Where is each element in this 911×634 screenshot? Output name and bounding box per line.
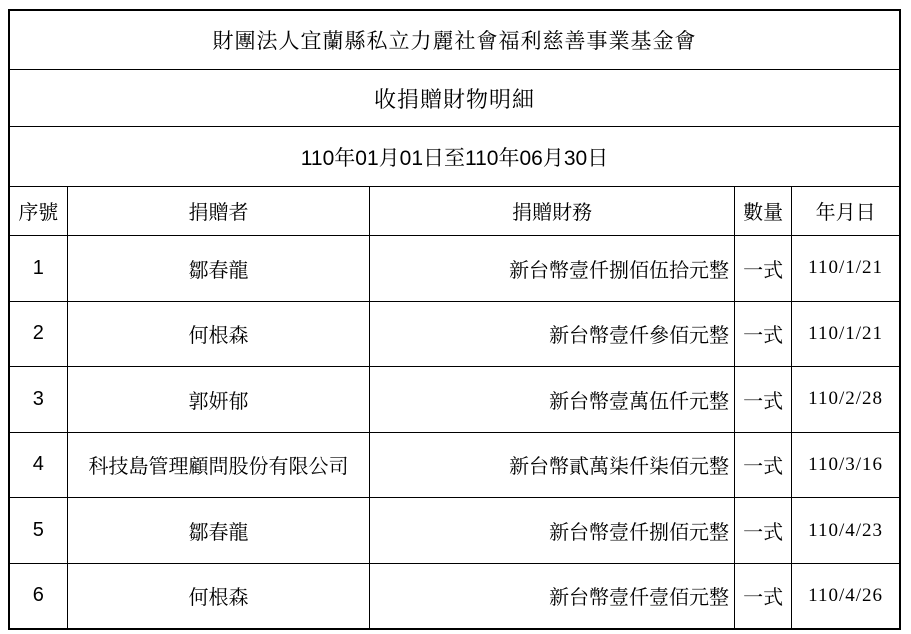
date-cell: 110/4/23 <box>792 498 900 564</box>
table-header-row: 序號 捐贈者 捐贈財務 數量 年月日 <box>9 186 900 235</box>
table-row: 4 科技島管理顧問股份有限公司 新台幣貳萬柒仟柒佰元整 一式 110/3/16 <box>9 432 900 498</box>
donor-cell: 何根森 <box>67 563 370 629</box>
item-cell: 新台幣貳萬柒仟柒佰元整 <box>370 432 735 498</box>
donation-table: 財團法人宜蘭縣私立力麗社會福利慈善事業基金會 收捐贈財物明細 110年01月01… <box>8 9 901 630</box>
table-row: 5 鄒春龍 新台幣壹仟捌佰元整 一式 110/4/23 <box>9 498 900 564</box>
report-period: 110年01月01日至110年06月30日 <box>9 127 900 186</box>
table-row: 6 何根森 新台幣壹仟壹佰元整 一式 110/4/26 <box>9 563 900 629</box>
serial-cell: 5 <box>9 498 67 564</box>
serial-cell: 4 <box>9 432 67 498</box>
donor-cell: 郭妍郁 <box>67 367 370 433</box>
item-cell: 新台幣壹仟壹佰元整 <box>370 563 735 629</box>
item-cell: 新台幣壹仟參佰元整 <box>370 301 735 367</box>
date-cell: 110/1/21 <box>792 235 900 301</box>
table-row: 3 郭妍郁 新台幣壹萬伍仟元整 一式 110/2/28 <box>9 367 900 433</box>
item-cell: 新台幣壹萬伍仟元整 <box>370 367 735 433</box>
item-cell: 新台幣壹仟捌佰伍拾元整 <box>370 235 735 301</box>
table-row: 1 鄒春龍 新台幣壹仟捌佰伍拾元整 一式 110/1/21 <box>9 235 900 301</box>
donor-cell: 鄒春龍 <box>67 235 370 301</box>
donor-cell: 何根森 <box>67 301 370 367</box>
qty-cell: 一式 <box>735 367 792 433</box>
table-row: 2 何根森 新台幣壹仟參佰元整 一式 110/1/21 <box>9 301 900 367</box>
qty-cell: 一式 <box>735 235 792 301</box>
donor-cell: 鄒春龍 <box>67 498 370 564</box>
qty-cell: 一式 <box>735 498 792 564</box>
qty-cell: 一式 <box>735 563 792 629</box>
item-cell: 新台幣壹仟捌佰元整 <box>370 498 735 564</box>
date-cell: 110/1/21 <box>792 301 900 367</box>
document-sheet: 財團法人宜蘭縣私立力麗社會福利慈善事業基金會 收捐贈財物明細 110年01月01… <box>8 9 901 630</box>
document-subtitle: 收捐贈財物明細 <box>9 69 900 126</box>
date-cell: 110/2/28 <box>792 367 900 433</box>
serial-cell: 2 <box>9 301 67 367</box>
date-cell: 110/4/26 <box>792 563 900 629</box>
qty-cell: 一式 <box>735 301 792 367</box>
donor-cell: 科技島管理顧問股份有限公司 <box>67 432 370 498</box>
header-qty: 數量 <box>735 186 792 235</box>
serial-cell: 1 <box>9 235 67 301</box>
serial-cell: 3 <box>9 367 67 433</box>
org-title: 財團法人宜蘭縣私立力麗社會福利慈善事業基金會 <box>9 10 900 69</box>
date-cell: 110/3/16 <box>792 432 900 498</box>
header-date: 年月日 <box>792 186 900 235</box>
serial-cell: 6 <box>9 563 67 629</box>
header-item: 捐贈財務 <box>370 186 735 235</box>
qty-cell: 一式 <box>735 432 792 498</box>
header-donor: 捐贈者 <box>67 186 370 235</box>
header-serial: 序號 <box>9 186 67 235</box>
